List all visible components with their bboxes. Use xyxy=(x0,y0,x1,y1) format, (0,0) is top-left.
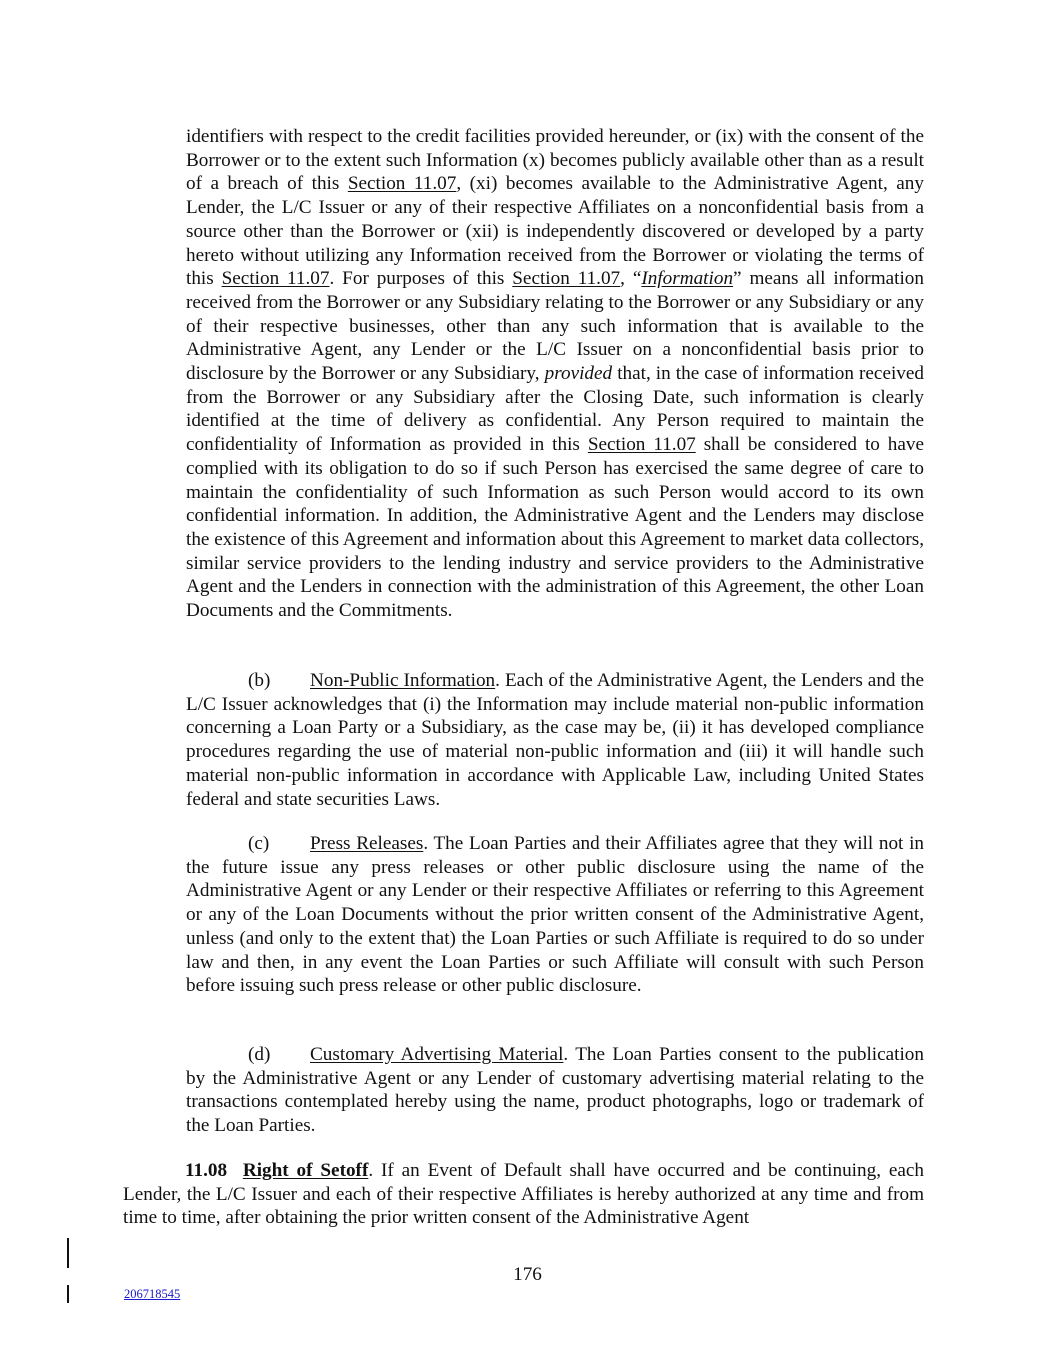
document-page: identifiers with respect to the credit f… xyxy=(0,0,1055,1365)
section-reference-link: Section 11.07 xyxy=(512,268,620,289)
section-reference-link: Section 11.07 xyxy=(222,268,330,289)
subsection-label: (b) xyxy=(248,669,310,693)
page-number: 176 xyxy=(0,1264,1055,1286)
section-reference-link: Section 11.07 xyxy=(348,173,457,194)
document-id-link[interactable]: 206718545 xyxy=(124,1287,180,1302)
subsection-heading: Press Releases xyxy=(310,833,423,854)
subsection-label: (c) xyxy=(248,832,310,856)
change-bar xyxy=(67,1285,69,1303)
defined-term: Information xyxy=(641,268,733,289)
section-reference-link: Section 11.07 xyxy=(588,434,696,455)
subsection-d: (d)Customary Advertising Material. The L… xyxy=(186,1043,924,1138)
subsection-c: (c)Press Releases. The Loan Parties and … xyxy=(186,832,924,998)
subsection-heading: Customary Advertising Material xyxy=(310,1044,563,1065)
paragraph-confidentiality-continued: identifiers with respect to the credit f… xyxy=(186,125,924,623)
subsection-label: (d) xyxy=(248,1043,310,1067)
subsection-heading: Non-Public Information xyxy=(310,670,495,691)
italic-proviso: provided xyxy=(545,363,613,384)
subsection-b: (b)Non-Public Information. Each of the A… xyxy=(186,669,924,811)
section-number: 11.08 xyxy=(185,1160,227,1181)
section-heading: Right of Setoff xyxy=(243,1160,369,1181)
section-11-08: 11.08 Right of Setoff. If an Event of De… xyxy=(123,1159,924,1230)
